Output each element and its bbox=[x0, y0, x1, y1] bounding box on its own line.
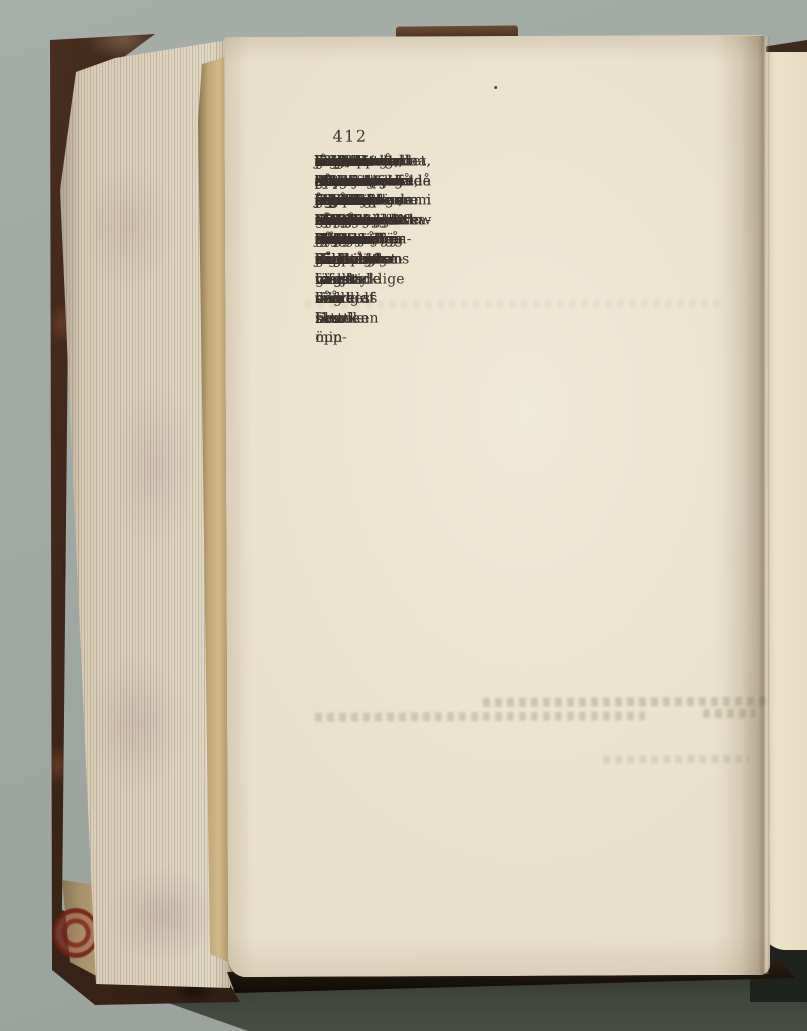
ink-speck bbox=[494, 86, 497, 89]
body-text: oskadd dit, alldenstund pöbelhopen befan… bbox=[315, 151, 745, 153]
book-photo: 412 oskadd dit, alldenstund pöbelhopen b… bbox=[0, 0, 807, 1031]
showthrough-ghost bbox=[603, 755, 749, 764]
page-number: 412 bbox=[332, 127, 367, 146]
showthrough-ghost bbox=[483, 697, 768, 707]
scanned-page: 412 oskadd dit, alldenstund pöbelhopen b… bbox=[224, 35, 770, 977]
library-stamp bbox=[53, 908, 99, 958]
text-line: kreteraren Stanton. Jag trodde ärligt oc… bbox=[315, 152, 392, 172]
showthrough-ghost bbox=[315, 711, 645, 721]
showthrough-ghost bbox=[703, 709, 755, 718]
